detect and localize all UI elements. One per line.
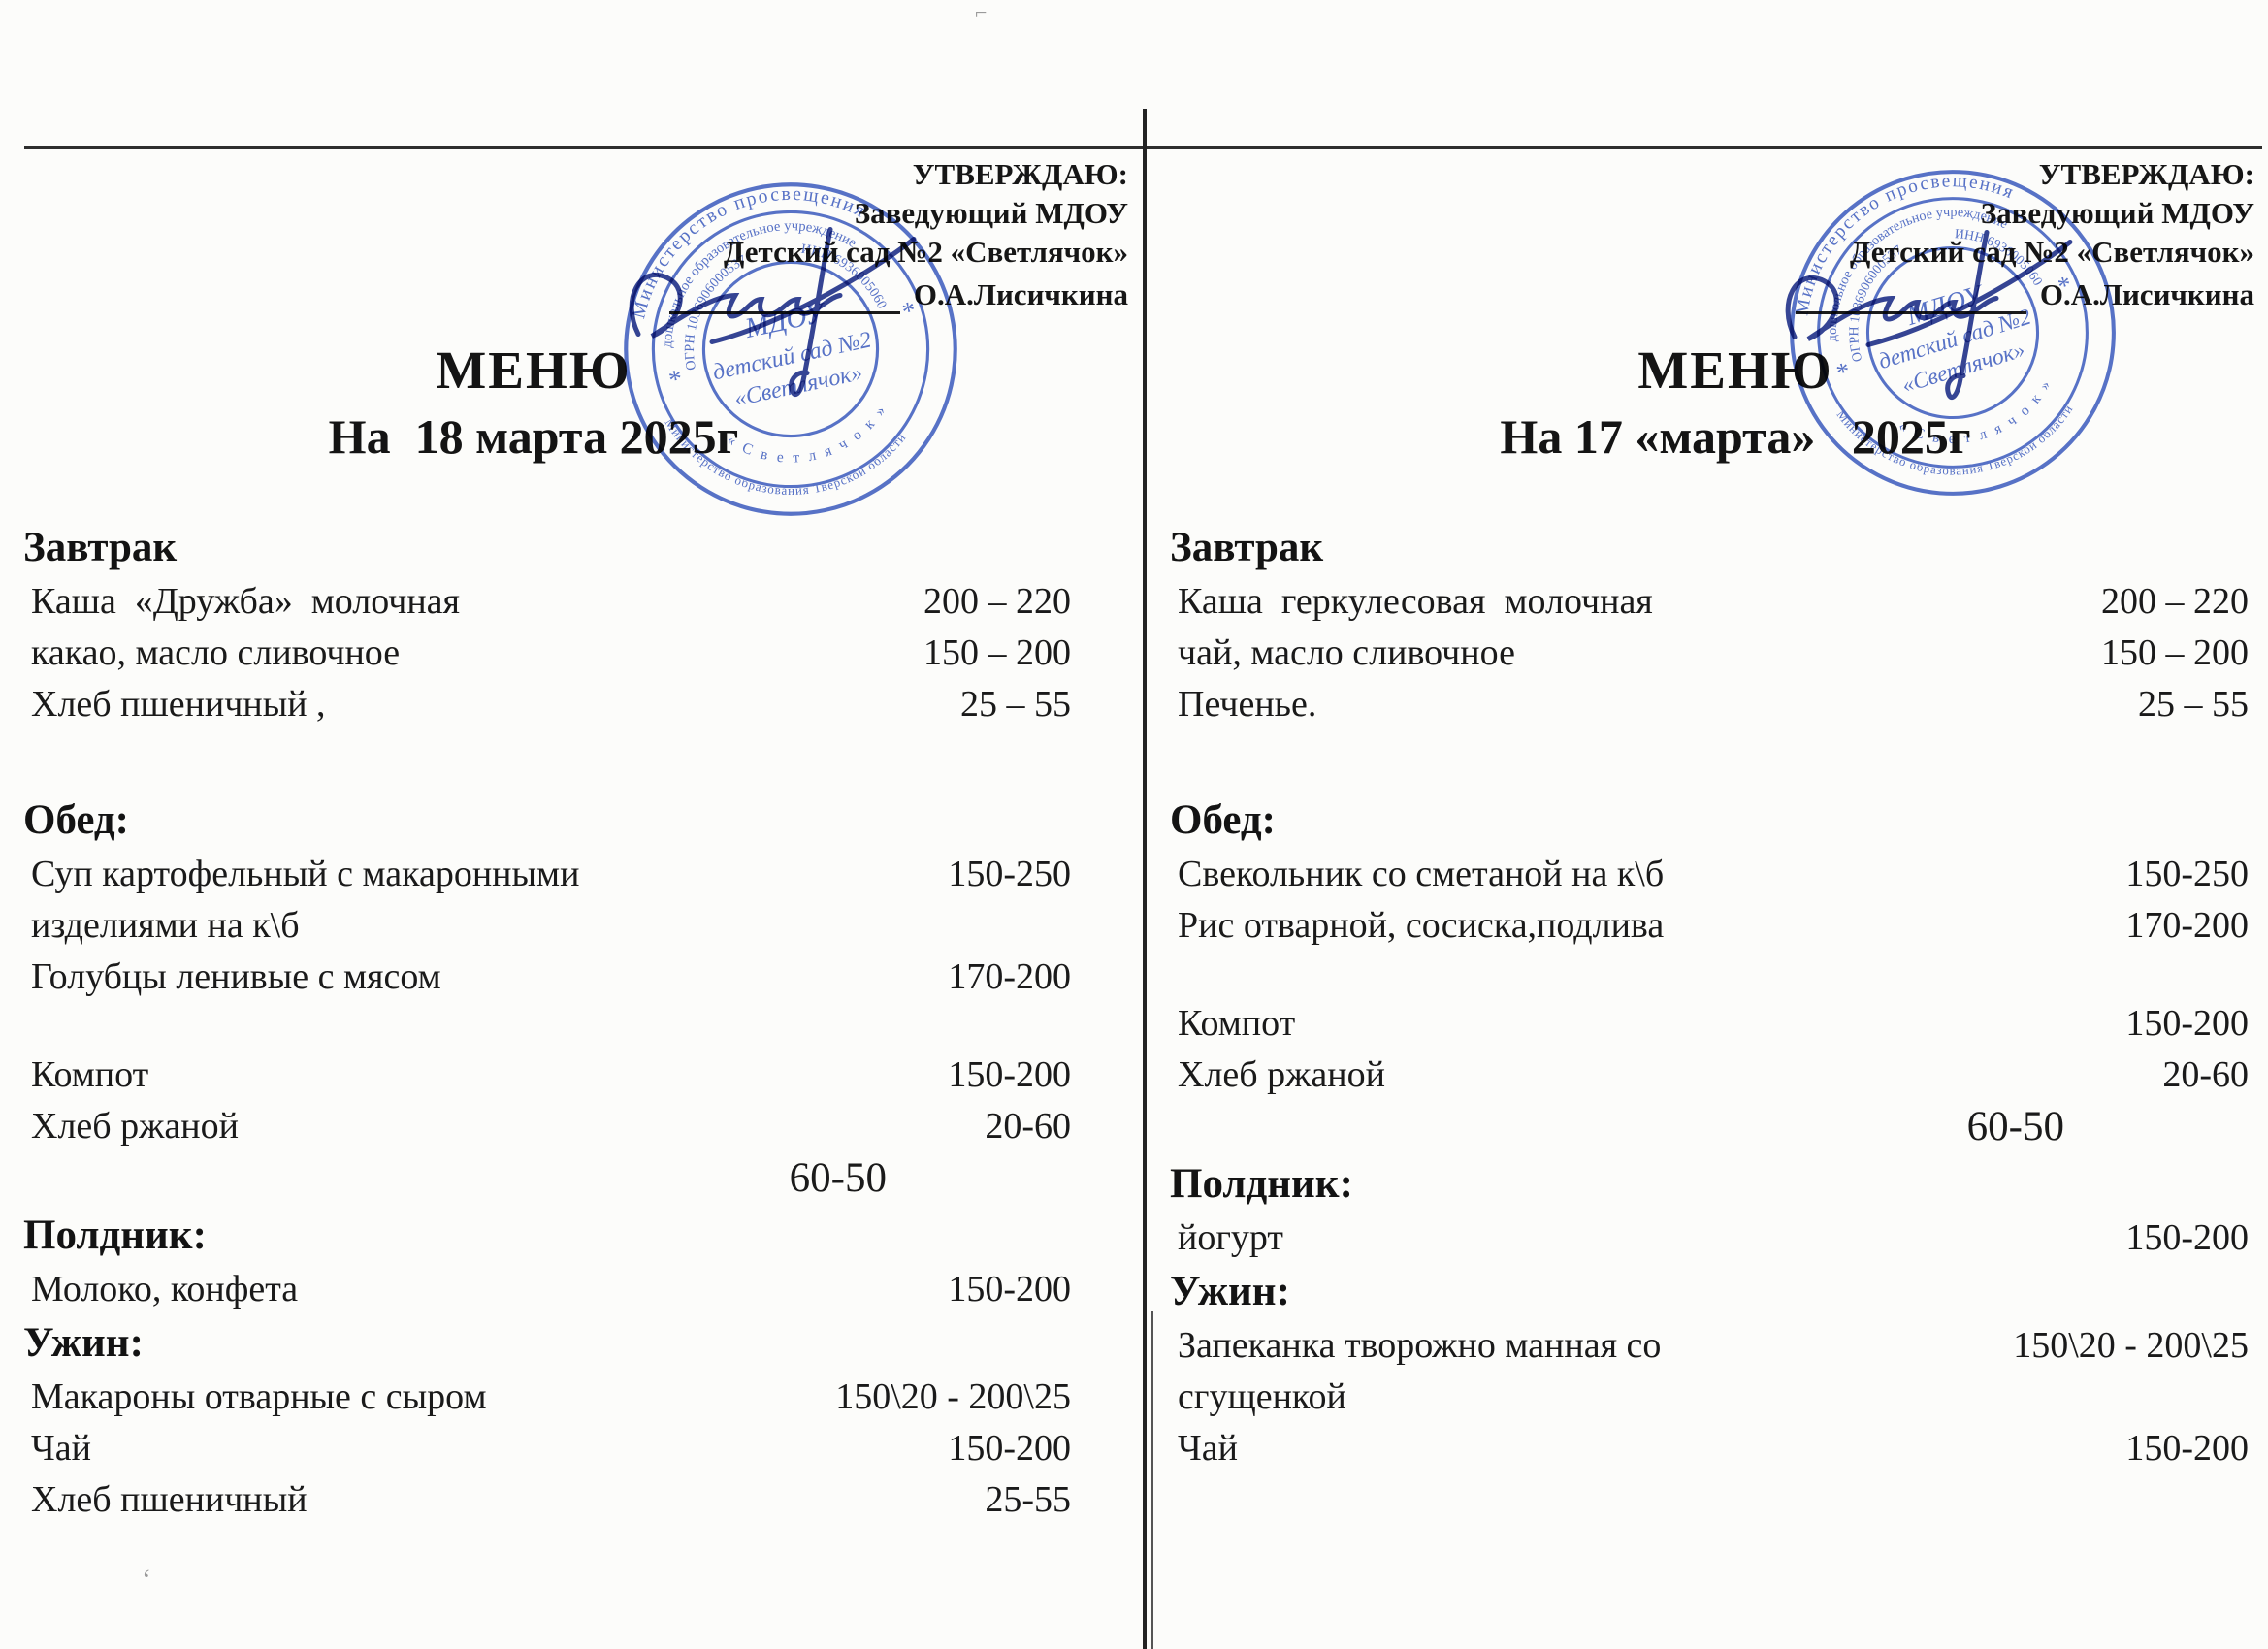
menu-sections: ЗавтракКаша «Дружба» молочная200 – 220ка…: [23, 524, 1071, 1526]
section-header: Ужин:: [23, 1319, 1071, 1368]
menu-row: Каша «Дружба» молочная200 – 220: [23, 576, 1071, 628]
menu-row: Молоко, конфета150-200: [23, 1264, 1071, 1315]
portion-value: 150-200: [2125, 998, 2249, 1050]
menu-row: Хлеб ржаной20-60: [23, 1101, 1071, 1152]
menu-row: Макароны отварные с сыром150\20 - 200\25: [23, 1372, 1071, 1423]
dish-name: йогурт: [1170, 1212, 1283, 1264]
portion-value: 200 – 220: [923, 576, 1071, 628]
portion-value: 200 – 220: [2101, 576, 2249, 628]
portion-value: 150-200: [948, 1264, 1071, 1315]
portion-value: 150\20 - 200\25: [835, 1372, 1071, 1423]
menu-row: сгущенкой: [1170, 1372, 2249, 1423]
dish-name: Молоко, конфета: [23, 1264, 298, 1315]
menu-row: Рис отварной, сосиска,подлива170-200: [1170, 900, 2249, 952]
menu-row: Чай150-200: [1170, 1423, 2249, 1474]
dish-name: Запеканка творожно манная со: [1170, 1320, 1661, 1372]
portion-value: 150 – 200: [923, 628, 1071, 679]
dish-name: Макароны отварные с сыром: [23, 1372, 487, 1423]
menu-row: Чай150-200: [23, 1423, 1071, 1474]
portion-value: 150-200: [2125, 1212, 2249, 1264]
portion-value: 25 – 55: [960, 679, 1071, 730]
portion-value: 150 – 200: [2101, 628, 2249, 679]
dish-name: Каша геркулесовая молочная: [1170, 576, 1653, 628]
menu-row: Запеканка творожно манная со150\20 - 200…: [1170, 1320, 2249, 1372]
menu-row: Свекольник со сметаной на к\б150-250: [1170, 849, 2249, 900]
portion-value: 20-60: [2162, 1050, 2249, 1101]
menu-row: 60-50: [23, 1152, 1071, 1204]
dish-name: чай, масло сливочное: [1170, 628, 1515, 679]
menu-row: йогурт150-200: [1170, 1212, 2249, 1264]
menu-row: Голубцы ленивые с мясом170-200: [23, 952, 1071, 1003]
dish-name: Хлеб ржаной: [23, 1101, 239, 1152]
menu-row: Суп картофельный с макаронными150-250: [23, 849, 1071, 900]
section-header: Завтрак: [23, 524, 1071, 572]
menu-row: какао, масло сливочное150 – 200: [23, 628, 1071, 679]
portion-value: 150-250: [2125, 849, 2249, 900]
dish-name: Рис отварной, сосиска,подлива: [1170, 900, 1664, 952]
menu-row: Хлеб ржаной20-60: [1170, 1050, 2249, 1101]
dish-name: Суп картофельный с макаронными: [23, 849, 579, 900]
dish-name: Компот: [1170, 998, 1295, 1050]
scanned-menu-sheet: ⌐ ʻ УТВЕРЖДАЮ: Заведующий МДОУ Детский с…: [0, 0, 2268, 1649]
portion-value: 60-50: [1967, 1101, 2064, 1152]
section-header: Обед:: [23, 796, 1071, 845]
menu-row: изделиями на к\б: [23, 900, 1071, 952]
dish-name: Чай: [23, 1423, 91, 1474]
portion-value: 60-50: [790, 1152, 887, 1204]
portion-value: 150\20 - 200\25: [2013, 1320, 2249, 1372]
dish-name: Печенье.: [1170, 679, 1316, 730]
menu-row: Хлеб пшеничный25-55: [23, 1474, 1071, 1526]
portion-value: 170-200: [948, 952, 1071, 1003]
dish-name: какао, масло сливочное: [23, 628, 400, 679]
menu-row: 60-50: [1170, 1101, 2249, 1152]
portion-value: 150-200: [2125, 1423, 2249, 1474]
dish-name: Компот: [23, 1050, 148, 1101]
dish-name: изделиями на к\б: [23, 900, 300, 952]
menu-row: чай, масло сливочное150 – 200: [1170, 628, 2249, 679]
portion-value: 25 – 55: [2138, 679, 2249, 730]
section-header: Полдник:: [1170, 1160, 2249, 1209]
dish-name: Хлеб ржаной: [1170, 1050, 1385, 1101]
menu-row: Хлеб пшеничный ,25 – 55: [23, 679, 1071, 730]
dish-name: Каша «Дружба» молочная: [23, 576, 460, 628]
menu-row: Каша геркулесовая молочная200 – 220: [1170, 576, 2249, 628]
section-header: Полдник:: [23, 1212, 1071, 1260]
portion-value: 150-200: [948, 1423, 1071, 1474]
portion-value: 20-60: [985, 1101, 1071, 1152]
portion-value: 150-250: [948, 849, 1071, 900]
section-header: Завтрак: [1170, 524, 2249, 572]
dish-name: Свекольник со сметаной на к\б: [1170, 849, 1664, 900]
portion-value: 150-200: [948, 1050, 1071, 1101]
menu-page-left: УТВЕРЖДАЮ: Заведующий МДОУ Детский сад №…: [0, 0, 1145, 1649]
portion-value: 25-55: [985, 1474, 1071, 1526]
dish-name: Голубцы ленивые с мясом: [23, 952, 441, 1003]
menu-row: Компот150-200: [23, 1050, 1071, 1101]
dish-name: Хлеб пшеничный ,: [23, 679, 326, 730]
menu-row: Компот150-200: [1170, 998, 2249, 1050]
signature: [1779, 218, 2099, 427]
dish-name: Хлеб пшеничный: [23, 1474, 308, 1526]
menu-row: Печенье.25 – 55: [1170, 679, 2249, 730]
portion-value: 170-200: [2125, 900, 2249, 952]
section-header: Обед:: [1170, 796, 2249, 845]
dish-name: Чай: [1170, 1423, 1238, 1474]
section-header: Ужин:: [1170, 1268, 2249, 1316]
dish-name: сгущенкой: [1170, 1372, 1346, 1423]
signature: [623, 215, 943, 424]
menu-sections: ЗавтракКаша геркулесовая молочная200 – 2…: [1170, 524, 2249, 1474]
